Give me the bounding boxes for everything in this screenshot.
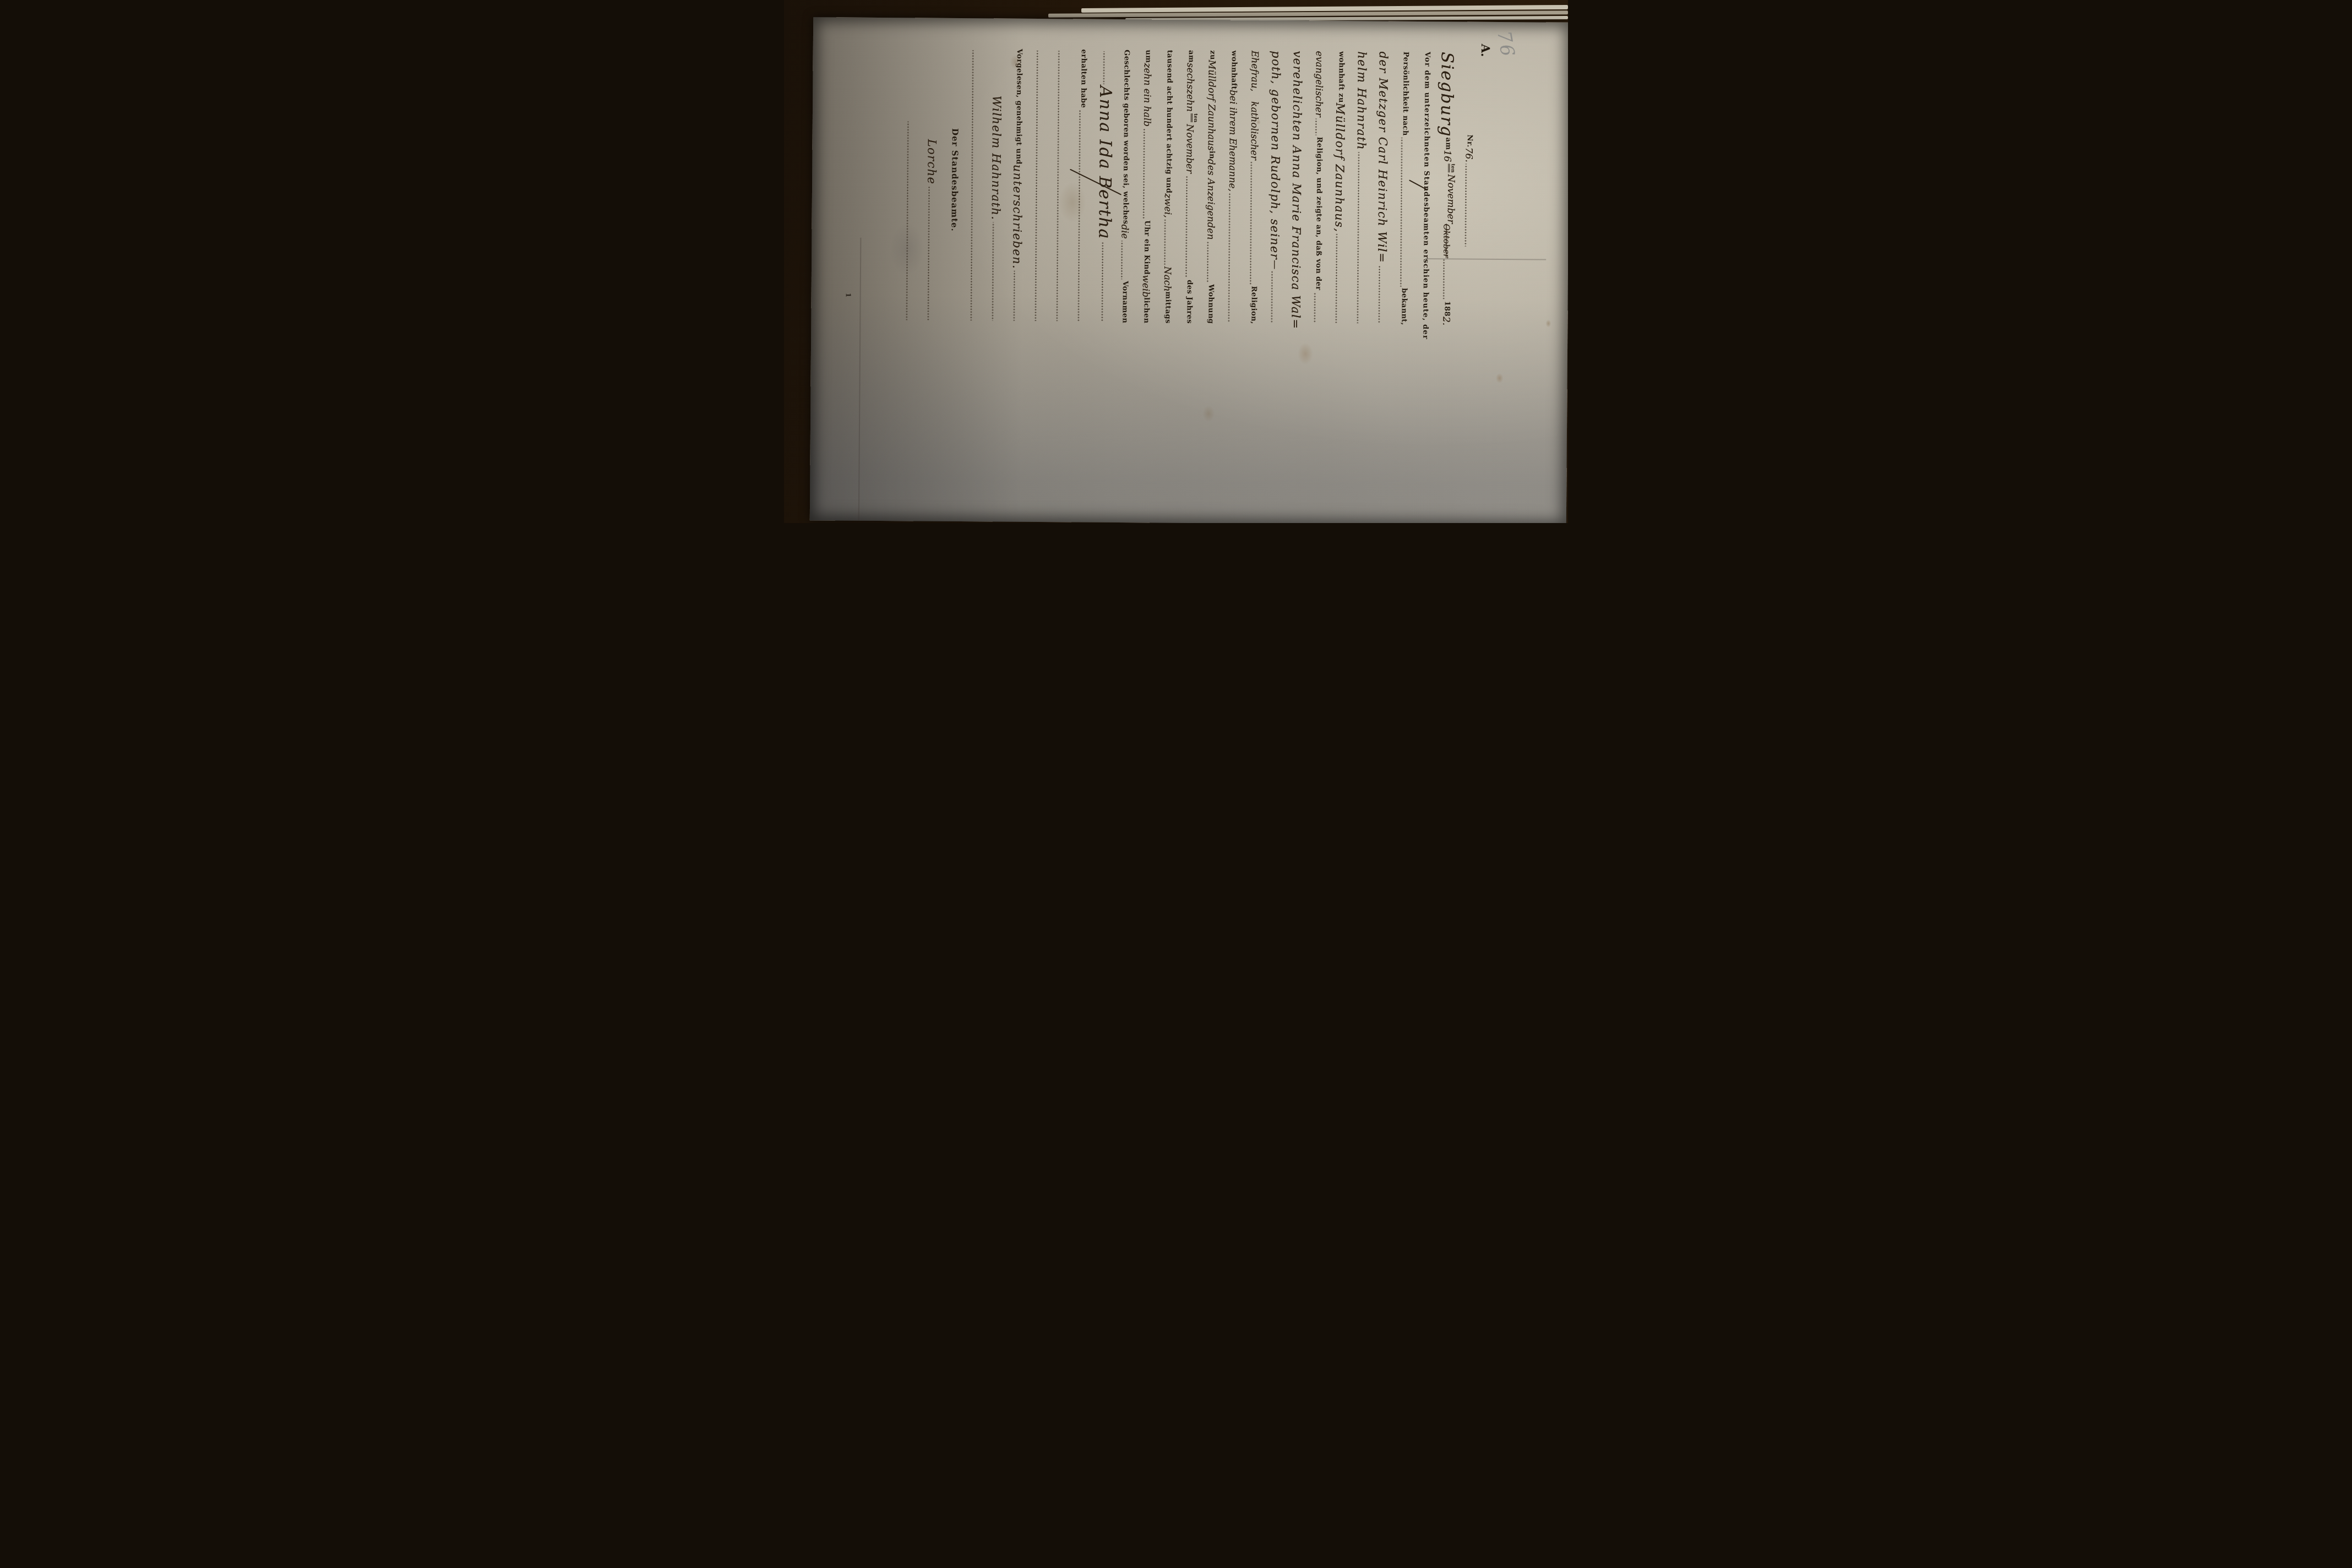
line-tausend-p: tausend acht hundert achtzig und [1164,50,1173,194]
line-religion-informant: evangelischerReligion, und zeigte an, da… [1314,51,1332,325]
line-am-ten-p: am [1187,50,1195,63]
line-vornamen-value-d [1101,241,1103,321]
line-tausend-h: zwei, [1163,193,1172,218]
line-wohnhaft-zu-d [1335,234,1337,323]
line-signature-informant-d [992,222,994,320]
line-date-hx: Siegburg [1441,52,1453,137]
line-wohnhaft-mutter-d [1228,193,1231,323]
form-lines: Nr.76.Siegburgam16tenNovemberOktober1882… [1566,23,1568,523]
paper-stain [1298,342,1313,364]
line-religion-informant-d [1314,292,1315,323]
line-signature-registrar-hb: Lorche [926,139,936,185]
line-am-ten-h: sechszehn [1185,63,1194,112]
line-date-d [1443,260,1445,300]
line-vornamen-value-d [1103,51,1104,84]
line-blank-4 [906,48,924,322]
line-uhr-kind-d [1143,128,1145,219]
line-nr-sp [1466,52,1467,134]
line-ehefrau-religion-h: katholischer [1249,101,1258,160]
line-persoenlichkeit: Persönlichkeit nachbekannt, [1400,52,1418,325]
line-zu-wohnung-h: des Anzeigenden [1206,159,1215,240]
line-informant-2: helm Hahnrath [1357,51,1375,325]
line-wohnhaft-mutter: wohnhaftbei ihrem Ehemanne, [1228,50,1246,324]
line-nr-p: Nr. [1466,134,1473,147]
line-uhr-kind-p: um [1144,50,1152,63]
line-wohnhaft-mutter-h: bei ihrem Ehemanne, [1228,90,1237,192]
line-geschlechts-h: die [1120,224,1128,238]
line-zu-wohnung-p: in [1207,151,1215,159]
line-ehefrau-religion-sp [1251,91,1251,101]
line-am-ten-d [1185,175,1188,278]
line-vorgelesen-d [1013,271,1015,321]
line-vor-dem-p: Vor dem unterzeichneten Standesbeamten e… [1421,52,1430,340]
line-blank-3-d [970,50,973,320]
page-number: 1 [845,293,852,297]
pencil-record-number: 76 [1493,29,1519,59]
line-nr: Nr.76. [1464,52,1482,325]
line-signature-registrar-d [927,186,930,320]
line-standesbeamte-p: Der Standesbeamte. [949,128,959,232]
paper-crease [858,238,862,521]
line-uhr-kind: umzehn ein halbUhr ein Kindweiblichen [1142,50,1160,323]
line-am-ten: amsechszehntenNovemberdes Jahres [1185,50,1203,324]
line-tausend-h: Nach [1163,266,1172,292]
line-mother-2-hb: poth, gebornen Rudolph, seiner [1269,51,1280,260]
line-am-ten-sup: ten [1191,113,1197,123]
line-blank-2 [1035,49,1053,323]
paper-stain [1059,182,1087,222]
line-signature-registrar: Lorche [927,48,945,322]
line-informant-1-hb: der Metzger Carl Heinrich Wil= [1376,51,1388,263]
paper-stain [1010,55,1021,69]
line-informant-2-d [1357,152,1359,323]
line-signature-informant: Wilhelm Hahnrath. [992,49,1010,323]
line-date-h: 16 [1442,150,1451,162]
line-signature-registrar-sp [929,48,930,120]
line-geschlechts-p: Geschlechts geboren worden sei, welches [1121,50,1130,224]
line-nr-h: 76. [1464,148,1472,162]
line-blank-3 [970,48,988,322]
line-persoenlichkeit-p: bekannt, [1400,288,1407,325]
line-uhr-kind-h: weib [1141,275,1150,297]
line-mother-2: poth, gebornen Rudolph, seiner— [1271,51,1289,324]
paper-stain [1496,373,1504,383]
line-ehefrau-religion-d [1250,162,1253,285]
photo-frame: 76 A. 1 Nr.76.Siegburgam16tenNovemberOkt… [784,0,1568,523]
line-signature-registrar-sp [929,120,929,139]
line-date-p: am [1444,137,1452,150]
line-am-ten-p: des Jahres [1185,280,1193,324]
line-nr-d [1464,164,1467,247]
line-uhr-kind-h: zehn ein halb [1142,63,1151,127]
line-standesbeamte-sp [950,48,951,128]
line-zu-wohnung: zuMülldorf Zaunhausindes AnzeigendenWohn… [1206,50,1224,324]
birth-record-form: 76 A. 1 Nr.76.Siegburgam16tenNovemberOkt… [810,17,1568,523]
line-informant-2-hb: helm Hahnrath [1356,51,1366,150]
line-informant-1: der Metzger Carl Heinrich Wil= [1378,51,1396,325]
line-ehefrau-religion-h: Ehefrau, [1250,51,1259,91]
line-mother-2-d [1271,271,1273,323]
paper-stain [1545,320,1551,328]
line-wohnhaft-zu-p: wohnhaft zu [1337,51,1344,103]
paper-stain [1202,405,1215,422]
line-religion-informant-h: evangelischer [1314,51,1323,117]
line-geschlechts: Geschlechts geboren worden sei, welchesd… [1120,50,1139,323]
line-zu-wohnung-h: Mülldorf Zaunhaus [1207,60,1216,151]
line-ehefrau-religion-p: Religion, [1249,286,1257,324]
line-tausend-d [1164,220,1166,265]
line-mother-2-h: — [1270,260,1278,269]
line-wohnhaft-mutter-p: wohnhaft [1229,50,1237,90]
line-zu-wohnung-p: zu [1208,50,1216,60]
line-wohnhaft-zu-hb: Mülldorf Zaunhaus, [1334,103,1344,233]
line-uhr-kind-p: Uhr ein Kind [1142,220,1150,275]
line-standesbeamte: Der Standesbeamte. [949,48,967,322]
line-blank-1-d [1056,51,1059,321]
line-zu-wohnung-d [1207,241,1209,282]
line-informant-1-d [1378,265,1380,323]
line-mother-1: verehelichten Anna Marie Francisca Wal= [1292,51,1310,324]
line-persoenlichkeit-p: Persönlichkeit nach [1401,52,1409,136]
line-signature-informant-hb: Wilhelm Hahnrath. [990,95,1001,220]
line-date: Siegburgam16tenNovemberOktober1882. [1442,52,1461,325]
line-vorgelesen: Vorgelesen, genehmigt undunterschrieben. [1013,49,1031,323]
line-date-sup: ten [1448,164,1455,173]
line-erhalten-habe-p: erhalten habe [1079,50,1087,108]
line-mother-1-hb: verehelichten Anna Marie Francisca Wal= [1290,51,1302,329]
line-geschlechts-p: Vornamen [1120,281,1128,323]
book-page: 76 A. 1 Nr.76.Siegburgam16tenNovemberOkt… [810,17,1568,523]
line-am-ten-h: November [1185,124,1194,173]
line-blank-4-sp [907,48,908,119]
line-vorgelesen-hb: unterschrieben. [1011,165,1022,269]
line-persoenlichkeit-d [1400,138,1403,287]
line-date-h: November [1446,175,1455,224]
line-uhr-kind-p: lichen [1142,297,1150,323]
line-tausend: tausend acht hundert achtzig undzwei,Nac… [1163,50,1182,324]
line-date-h: 2. [1441,317,1450,325]
line-geschlechts-d [1121,241,1123,279]
line-tausend-p: mittags [1163,291,1171,323]
line-religion-informant-p: Religion, und zeigte an, daß von der [1314,137,1323,291]
line-date-p: 188 [1442,301,1450,317]
line-ehefrau-religion: Ehefrau,katholischerReligion, [1249,51,1267,324]
line-date-hs: Oktober [1442,224,1450,258]
paper-stain [1256,119,1261,125]
line-blank-4-d [906,121,909,320]
line-signature-informant-sp [993,49,994,96]
line-vornamen-value-hx: Anna Ida Bertha [1098,86,1111,240]
line-zu-wohnung-p: Wohnung [1206,284,1214,324]
line-wohnhaft-zu: wohnhaft zuMülldorf Zaunhaus, [1335,51,1353,325]
line-religion-informant-d [1315,119,1317,135]
line-blank-2-d [1035,51,1038,321]
